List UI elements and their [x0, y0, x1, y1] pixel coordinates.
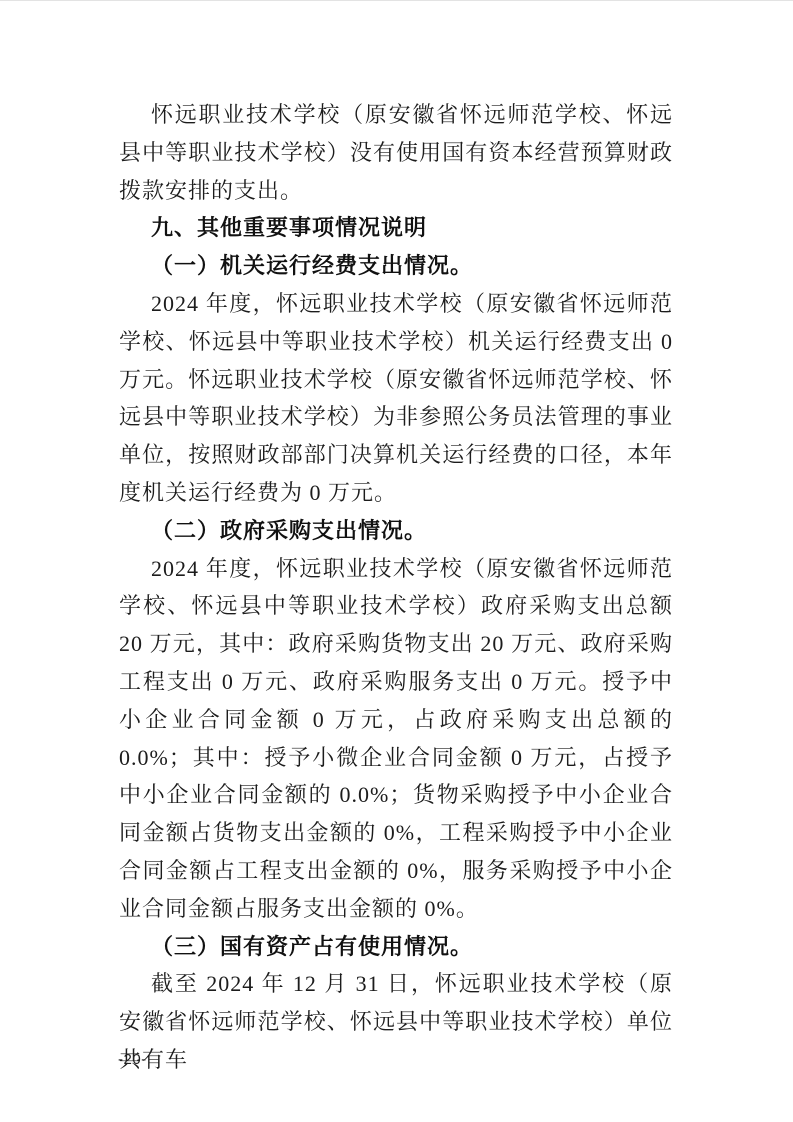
- document-body: 怀远职业技术学校（原安徽省怀远师范学校、怀远县中等职业技术学校）没有使用国有资本…: [119, 96, 673, 1079]
- heading-subsection-three-state-assets: （三）国有资产占有使用情况。: [119, 928, 673, 966]
- paragraph-operating-expenses: 2024 年度，怀远职业技术学校（原安徽省怀远师范学校、怀远县中等职业技术学校）…: [119, 285, 673, 512]
- heading-section-nine: 九、其他重要事项情况说明: [119, 209, 673, 247]
- document-page: 怀远职业技术学校（原安徽省怀远师范学校、怀远县中等职业技术学校）没有使用国有资本…: [0, 0, 793, 1122]
- paragraph-state-capital-budget: 怀远职业技术学校（原安徽省怀远师范学校、怀远县中等职业技术学校）没有使用国有资本…: [119, 96, 673, 209]
- heading-subsection-one-operating-expenses: （一）机关运行经费支出情况。: [119, 247, 673, 285]
- paragraph-state-assets: 截至 2024 年 12 月 31 日，怀远职业技术学校（原安徽省怀远师范学校、…: [119, 965, 673, 1078]
- page-number: -20-: [118, 1051, 147, 1068]
- heading-subsection-two-procurement: （二）政府采购支出情况。: [119, 512, 673, 550]
- paragraph-government-procurement: 2024 年度，怀远职业技术学校（原安徽省怀远师范学校、怀远县中等职业技术学校）…: [119, 550, 673, 928]
